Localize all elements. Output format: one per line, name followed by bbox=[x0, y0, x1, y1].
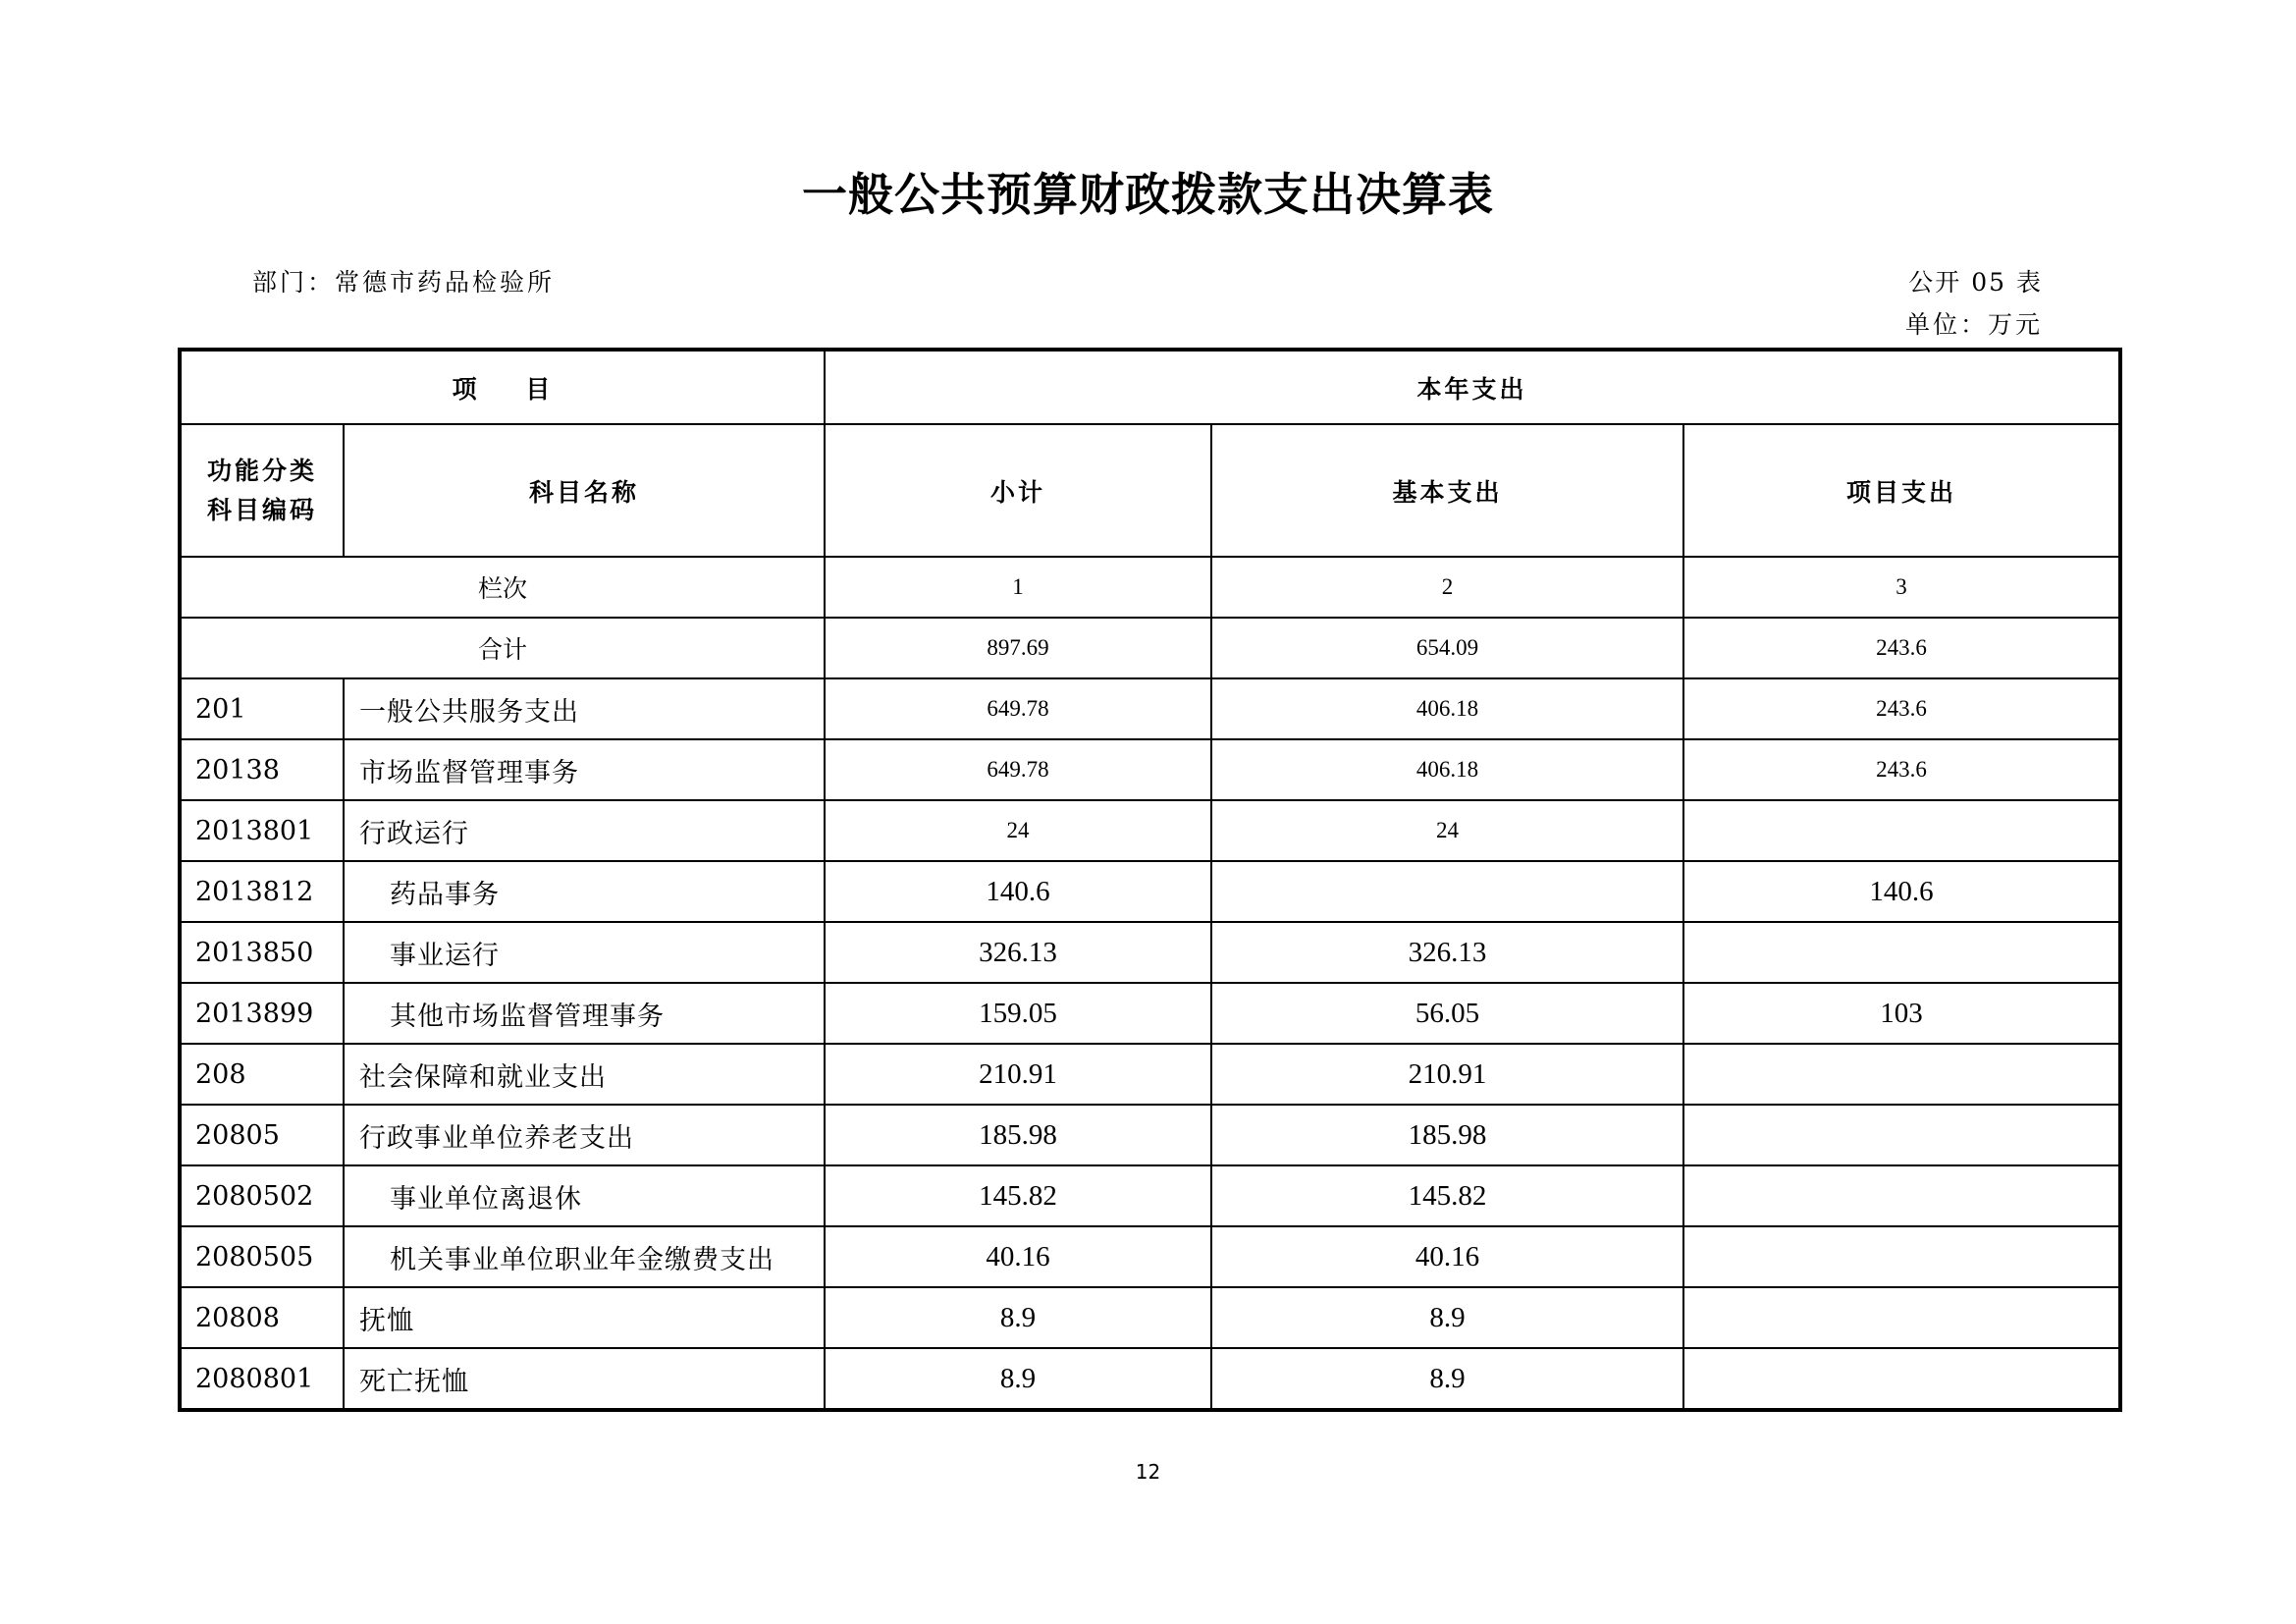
table-row: 20808 抚恤 8.9 8.9 bbox=[180, 1287, 2120, 1348]
header-item-label: 项 目 bbox=[453, 375, 554, 404]
row-code: 20805 bbox=[180, 1105, 344, 1165]
row-code: 20808 bbox=[180, 1287, 344, 1348]
row-subtotal: 210.91 bbox=[825, 1044, 1211, 1105]
total-subtotal: 897.69 bbox=[825, 618, 1211, 678]
table-row: 201 一般公共服务支出 649.78 406.18 243.6 bbox=[180, 678, 2120, 739]
column-index-3: 3 bbox=[1683, 557, 2120, 618]
row-project bbox=[1683, 922, 2120, 983]
row-code: 208 bbox=[180, 1044, 344, 1105]
row-code: 2080505 bbox=[180, 1226, 344, 1287]
row-basic: 8.9 bbox=[1211, 1287, 1683, 1348]
row-name: 药品事务 bbox=[344, 861, 825, 922]
table-row: 2080502 事业单位离退休 145.82 145.82 bbox=[180, 1165, 2120, 1226]
row-subtotal: 145.82 bbox=[825, 1165, 1211, 1226]
row-subtotal: 40.16 bbox=[825, 1226, 1211, 1287]
row-basic: 185.98 bbox=[1211, 1105, 1683, 1165]
row-project bbox=[1683, 1287, 2120, 1348]
row-basic: 210.91 bbox=[1211, 1044, 1683, 1105]
header-code: 功能分类 科目编码 bbox=[180, 424, 344, 557]
row-code: 2080801 bbox=[180, 1348, 344, 1410]
row-project bbox=[1683, 1165, 2120, 1226]
row-subtotal: 649.78 bbox=[825, 739, 1211, 800]
row-basic: 40.16 bbox=[1211, 1226, 1683, 1287]
row-subtotal: 185.98 bbox=[825, 1105, 1211, 1165]
row-code: 2013850 bbox=[180, 922, 344, 983]
row-name: 社会保障和就业支出 bbox=[344, 1044, 825, 1105]
row-name: 死亡抚恤 bbox=[344, 1348, 825, 1410]
row-subtotal: 8.9 bbox=[825, 1287, 1211, 1348]
table-row: 2080505 机关事业单位职业年金缴费支出 40.16 40.16 bbox=[180, 1226, 2120, 1287]
row-project: 103 bbox=[1683, 983, 2120, 1044]
row-project: 243.6 bbox=[1683, 739, 2120, 800]
table-row: 2013899 其他市场监督管理事务 159.05 56.05 103 bbox=[180, 983, 2120, 1044]
row-subtotal: 326.13 bbox=[825, 922, 1211, 983]
row-basic: 326.13 bbox=[1211, 922, 1683, 983]
total-label: 合计 bbox=[180, 618, 825, 678]
table-row: 2013812 药品事务 140.6 140.6 bbox=[180, 861, 2120, 922]
total-project: 243.6 bbox=[1683, 618, 2120, 678]
table-row: 2013850 事业运行 326.13 326.13 bbox=[180, 922, 2120, 983]
header-current-year: 本年支出 bbox=[825, 350, 2120, 424]
column-index-1: 1 bbox=[825, 557, 1211, 618]
row-code: 2080502 bbox=[180, 1165, 344, 1226]
row-project: 243.6 bbox=[1683, 678, 2120, 739]
row-code: 201 bbox=[180, 678, 344, 739]
unit-label: 单位：万元 bbox=[1905, 309, 2043, 341]
row-name: 事业单位离退休 bbox=[344, 1165, 825, 1226]
row-basic: 406.18 bbox=[1211, 739, 1683, 800]
header-subtotal: 小计 bbox=[825, 424, 1211, 557]
row-name: 市场监督管理事务 bbox=[344, 739, 825, 800]
row-project bbox=[1683, 1044, 2120, 1105]
row-project bbox=[1683, 1105, 2120, 1165]
row-subtotal: 24 bbox=[825, 800, 1211, 861]
form-number: 公开 05 表 bbox=[1908, 267, 2043, 298]
table-row: 2080801 死亡抚恤 8.9 8.9 bbox=[180, 1348, 2120, 1410]
table-row: 2013801 行政运行 24 24 bbox=[180, 800, 2120, 861]
column-index-2: 2 bbox=[1211, 557, 1683, 618]
row-name: 其他市场监督管理事务 bbox=[344, 983, 825, 1044]
row-name: 事业运行 bbox=[344, 922, 825, 983]
row-subtotal: 140.6 bbox=[825, 861, 1211, 922]
row-basic: 406.18 bbox=[1211, 678, 1683, 739]
row-code: 2013899 bbox=[180, 983, 344, 1044]
department-label: 部门：常德市药品检验所 bbox=[252, 267, 555, 298]
row-project: 140.6 bbox=[1683, 861, 2120, 922]
row-subtotal: 159.05 bbox=[825, 983, 1211, 1044]
row-name: 行政运行 bbox=[344, 800, 825, 861]
row-basic: 145.82 bbox=[1211, 1165, 1683, 1226]
total-row: 合计 897.69 654.09 243.6 bbox=[180, 618, 2120, 678]
column-index-row: 栏次 1 2 3 bbox=[180, 557, 2120, 618]
row-basic: 8.9 bbox=[1211, 1348, 1683, 1410]
total-basic: 654.09 bbox=[1211, 618, 1683, 678]
row-project bbox=[1683, 1348, 2120, 1410]
header-code-line1: 功能分类 bbox=[182, 452, 343, 491]
table-row: 208 社会保障和就业支出 210.91 210.91 bbox=[180, 1044, 2120, 1105]
row-name: 一般公共服务支出 bbox=[344, 678, 825, 739]
page-title: 一般公共预算财政拨款支出决算表 bbox=[0, 167, 2296, 222]
row-name: 行政事业单位养老支出 bbox=[344, 1105, 825, 1165]
row-name: 机关事业单位职业年金缴费支出 bbox=[344, 1226, 825, 1287]
header-code-line2: 科目编码 bbox=[182, 491, 343, 530]
header-item: 项 目 bbox=[180, 350, 825, 424]
header-project: 项目支出 bbox=[1683, 424, 2120, 557]
row-basic bbox=[1211, 861, 1683, 922]
column-index-label: 栏次 bbox=[180, 557, 825, 618]
table-row: 20805 行政事业单位养老支出 185.98 185.98 bbox=[180, 1105, 2120, 1165]
row-code: 2013801 bbox=[180, 800, 344, 861]
row-basic: 24 bbox=[1211, 800, 1683, 861]
header-row-1: 项 目 本年支出 bbox=[180, 350, 2120, 424]
row-basic: 56.05 bbox=[1211, 983, 1683, 1044]
row-project bbox=[1683, 800, 2120, 861]
table-row: 20138 市场监督管理事务 649.78 406.18 243.6 bbox=[180, 739, 2120, 800]
header-name: 科目名称 bbox=[344, 424, 825, 557]
page-number: 12 bbox=[0, 1460, 2296, 1484]
header-basic: 基本支出 bbox=[1211, 424, 1683, 557]
row-code: 2013812 bbox=[180, 861, 344, 922]
header-row-2: 功能分类 科目编码 科目名称 小计 基本支出 项目支出 bbox=[180, 424, 2120, 557]
row-code: 20138 bbox=[180, 739, 344, 800]
row-subtotal: 8.9 bbox=[825, 1348, 1211, 1410]
row-project bbox=[1683, 1226, 2120, 1287]
row-subtotal: 649.78 bbox=[825, 678, 1211, 739]
row-name: 抚恤 bbox=[344, 1287, 825, 1348]
budget-table: 项 目 本年支出 功能分类 科目编码 科目名称 小计 基本支出 项目支出 栏次 … bbox=[178, 348, 2122, 1412]
